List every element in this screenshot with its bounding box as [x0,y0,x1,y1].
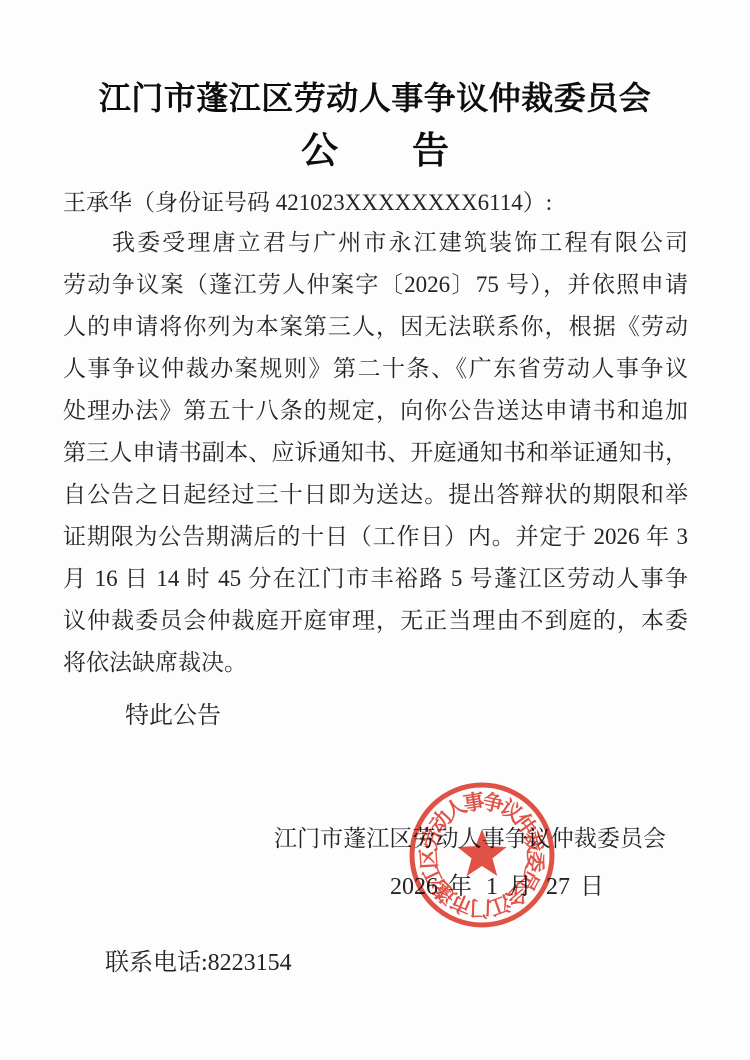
notice-body: 我委受理唐立君与广州市永江建筑装饰工程有限公司 劳动争议案（蓬江劳人仲案字〔20… [63,222,688,684]
body-line: 自公告之日起经过三十日即为送达。提出答辩状的期限和举 [63,474,688,516]
addressee-line: 王承华（身份证号码 421023XXXXXXXX6114）: [63,184,552,217]
body-line: 人事争议仲裁办案规则》第二十条、《广东省劳动人事争议 [63,348,688,390]
body-line: 证期限为公告期满后的十日（工作日）内。并定于 2026 年 3 [63,516,688,558]
body-line: 我委受理唐立君与广州市永江建筑装饰工程有限公司 [63,222,688,264]
body-line: 议仲裁委员会仲裁庭开庭审理，无正当理由不到庭的，本委 [63,600,688,642]
body-line: 处理办法》第五十八条的规定，向你公告送达申请书和追加 [63,390,688,432]
notice-document-page: 江门市蓬江区劳动人事争议仲裁委员会 公 告 王承华（身份证号码 421023XX… [0,0,750,1060]
body-line: 将依法缺席裁决。 [63,642,688,684]
page-title: 江门市蓬江区劳动人事争议仲裁委员会 [0,73,750,119]
contact-phone: 联系电话:8223154 [105,942,292,977]
document-type-heading: 公 告 [0,120,750,174]
body-line: 月 16 日 14 时 45 分在江门市丰裕路 5 号蓬江区劳动人事争 [63,558,688,600]
body-line: 劳动争议案（蓬江劳人仲案字〔2026〕75 号），并依照申请 [63,264,688,306]
body-line: 人的申请将你列为本案第三人，因无法联系你，根据《劳动 [63,306,688,348]
body-line: 第三人申请书副本、应诉通知书、开庭通知书和举证通知书， [63,432,688,474]
closing-phrase: 特此公告 [125,695,221,730]
official-seal: 江门市蓬江区劳动人事争议仲裁委员会 [397,770,567,940]
star-icon [457,829,506,876]
